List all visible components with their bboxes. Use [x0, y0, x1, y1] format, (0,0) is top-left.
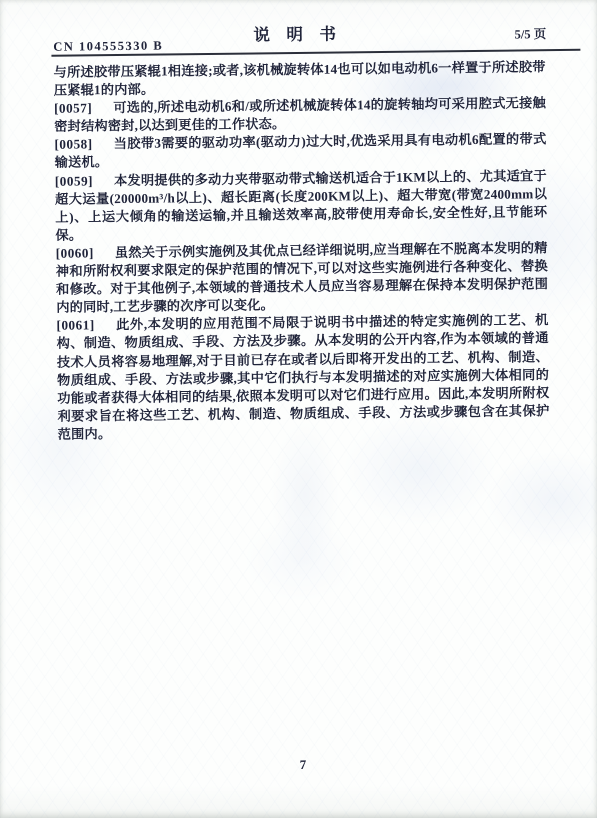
paragraph-0059: [0059]本发明提供的多动力夹带驱动带式输送机适合于1KM以上的、尤其适宜于超…: [55, 167, 548, 245]
paragraph-text: 此外,本发明的应用范围不局限于说明书中描述的特定实施例的工艺、机构、制造、物质组…: [57, 312, 550, 441]
paragraph-0057: [0057]可选的,所述电动机6和/或所述机械旋转体14的旋转轴均可采用腔式无接…: [54, 94, 546, 136]
paragraph-number: [0060]: [56, 245, 94, 260]
paragraph-number: [0057]: [54, 101, 92, 116]
paragraph-0060: [0060]虽然关于示例实施例及其优点已经详细说明,应当理解在不脱离本发明的精神…: [56, 239, 549, 317]
paragraph-number: [0061]: [56, 318, 94, 333]
scanned-patent-page: CN 104555330 B 说 明 书 5/5 页 与所述胶带压紧辊1相连接;…: [0, 0, 597, 818]
page-number: 7: [4, 754, 597, 777]
paragraph-continuation: 与所述胶带压紧辊1相连接;或者,该机械旋转体14也可以如电动机6一样置于所述胶带…: [54, 58, 546, 100]
paragraph-text: 可选的,所述电动机6和/或所述机械旋转体14的旋转轴均可采用腔式无接触密封结构密…: [54, 95, 546, 134]
specification-body: 与所述胶带压紧辊1相连接;或者,该机械旋转体14也可以如电动机6一样置于所述胶带…: [54, 58, 550, 444]
paragraph-number: [0059]: [55, 173, 93, 188]
paragraph-text: 与所述胶带压紧辊1相连接;或者,该机械旋转体14也可以如电动机6一样置于所述胶带…: [54, 59, 546, 98]
paragraph-number: [0058]: [54, 137, 92, 152]
page-title: 说 明 书: [0, 18, 593, 49]
paragraph-text: 虽然关于示例实施例及其优点已经详细说明,应当理解在不脱离本发明的精神和所附权利要…: [56, 240, 548, 315]
paragraph-0058: [0058]当胶带3需要的驱动功率(驱动力)过大时,优选采用具有电动机6配置的带…: [54, 131, 546, 173]
paragraph-text: 当胶带3需要的驱动功率(驱动力)过大时,优选采用具有电动机6配置的带式输送机。: [55, 132, 547, 171]
page-content: CN 104555330 B 说 明 书 5/5 页 与所述胶带压紧辊1相连接;…: [0, 0, 597, 818]
sheet-indicator: 5/5 页: [515, 24, 547, 42]
paragraph-text: 本发明提供的多动力夹带驱动带式输送机适合于1KM以上的、尤其适宜于超大运量(20…: [55, 168, 547, 243]
paragraph-0061: [0061]此外,本发明的应用范围不局限于说明书中描述的特定实施例的工艺、机构、…: [56, 311, 549, 443]
